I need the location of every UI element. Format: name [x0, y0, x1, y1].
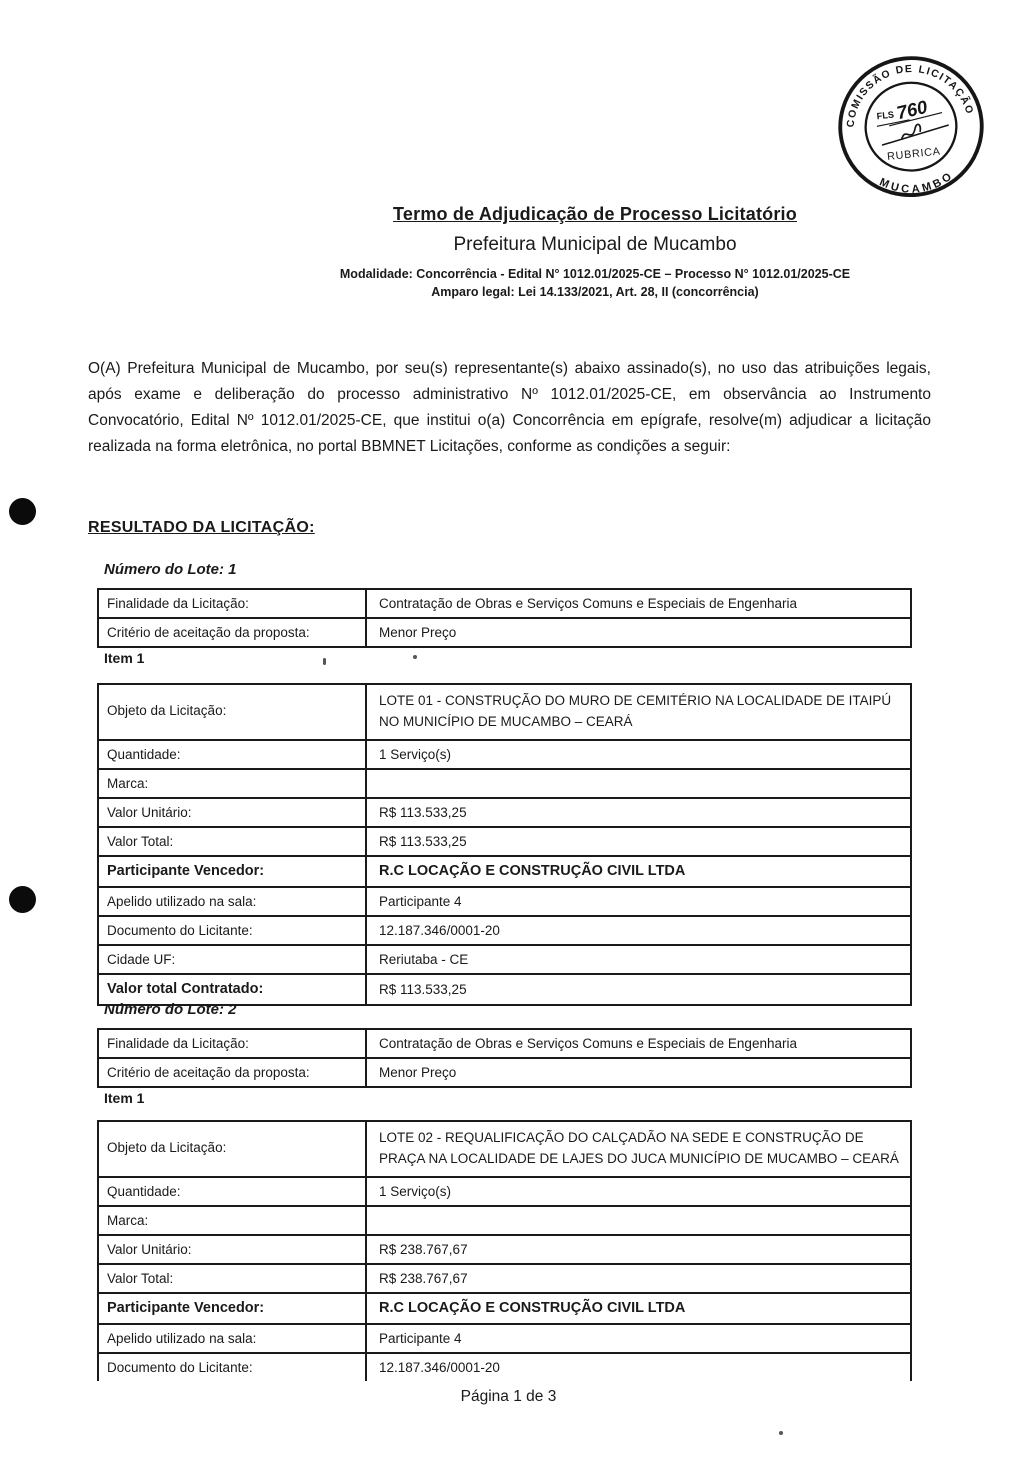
field-label: Apelido utilizado na sala: [98, 887, 366, 916]
table-row: Valor Total: R$ 238.767,67 [98, 1264, 911, 1293]
field-label: Critério de aceitação da proposta: [98, 618, 366, 647]
table-row: Valor Unitário: R$ 238.767,67 [98, 1235, 911, 1264]
field-value: R.C LOCAÇÃO E CONSTRUÇÃO CIVIL LTDA [366, 1293, 911, 1324]
table-row: Apelido utilizado na sala: Participante … [98, 887, 911, 916]
field-label: Marca: [98, 1206, 366, 1235]
field-label: Documento do Licitante: [98, 916, 366, 945]
field-label: Participante Vencedor: [98, 1293, 366, 1324]
field-label: Marca: [98, 769, 366, 798]
result-section-heading: RESULTADO DA LICITAÇÃO: [88, 519, 315, 537]
table-row: Documento do Licitante: 12.187.346/0001-… [98, 1353, 911, 1381]
document-header: Termo de Adjudicação de Processo Licitat… [170, 204, 1017, 299]
table-row: Objeto da Licitação: LOTE 02 - REQUALIFI… [98, 1121, 911, 1177]
field-value: R$ 113.533,25 [366, 798, 911, 827]
commission-stamp-icon: COMISSÃO DE LICITAÇÃO MUCAMBO FLS 760 RU… [834, 52, 988, 202]
stamp-signature [900, 124, 921, 140]
field-label: Quantidade: [98, 740, 366, 769]
field-value: R$ 113.533,25 [366, 974, 911, 1005]
field-label: Participante Vencedor: [98, 856, 366, 887]
svg-text:MUCAMBO: MUCAMBO [876, 169, 957, 200]
hole-punch-mark [9, 886, 36, 913]
field-value: 1 Serviço(s) [366, 740, 911, 769]
modalidade-line: Modalidade: Concorrência - Edital N° 101… [170, 267, 1017, 281]
lot-2-detail-table: Objeto da Licitação: LOTE 02 - REQUALIFI… [97, 1120, 912, 1381]
table-row: Apelido utilizado na sala: Participante … [98, 1324, 911, 1353]
field-value: Contratação de Obras e Serviços Comuns e… [366, 589, 911, 618]
table-row: Participante Vencedor: R.C LOCAÇÃO E CON… [98, 1293, 911, 1324]
field-value: Menor Preço [366, 618, 911, 647]
field-value: Menor Preço [366, 1058, 911, 1087]
table-row: Objeto da Licitação: LOTE 01 - CONSTRUÇÃ… [98, 684, 911, 740]
field-value: Participante 4 [366, 1324, 911, 1353]
table-row: Valor Unitário: R$ 113.533,25 [98, 798, 911, 827]
field-value [366, 1206, 911, 1235]
field-value: R.C LOCAÇÃO E CONSTRUÇÃO CIVIL LTDA [366, 856, 911, 887]
field-value: Participante 4 [366, 887, 911, 916]
field-label: Valor Total: [98, 827, 366, 856]
scan-speck [323, 658, 326, 665]
stamp-rubrica-label: RUBRICA [887, 145, 942, 163]
field-label: Cidade UF: [98, 945, 366, 974]
field-value: Contratação de Obras e Serviços Comuns e… [366, 1029, 911, 1058]
field-value: R$ 238.767,67 [366, 1235, 911, 1264]
field-value: LOTE 02 - REQUALIFICAÇÃO DO CALÇADÃO NA … [366, 1121, 911, 1177]
table-row: Valor Total: R$ 113.533,25 [98, 827, 911, 856]
field-label: Critério de aceitação da proposta: [98, 1058, 366, 1087]
lot-2-header-table: Finalidade da Licitação: Contratação de … [97, 1028, 912, 1088]
table-row: Finalidade da Licitação: Contratação de … [98, 1029, 911, 1058]
lot-1-header-table: Finalidade da Licitação: Contratação de … [97, 588, 912, 648]
field-label: Objeto da Licitação: [98, 684, 366, 740]
scanned-document-page: COMISSÃO DE LICITAÇÃO MUCAMBO FLS 760 RU… [0, 0, 1017, 1460]
table-row: Marca: [98, 769, 911, 798]
field-value: 12.187.346/0001-20 [366, 916, 911, 945]
lot-1-detail-table: Objeto da Licitação: LOTE 01 - CONSTRUÇÃ… [97, 683, 912, 1006]
field-value [366, 769, 911, 798]
table-row: Quantidade: 1 Serviço(s) [98, 740, 911, 769]
table-row: Cidade UF: Reriutaba - CE [98, 945, 911, 974]
field-value: R$ 238.767,67 [366, 1264, 911, 1293]
table-row: Marca: [98, 1206, 911, 1235]
scan-speck [413, 655, 417, 659]
table-row: Quantidade: 1 Serviço(s) [98, 1177, 911, 1206]
stamp-fls-label: FLS [876, 110, 894, 122]
field-value: 1 Serviço(s) [366, 1177, 911, 1206]
field-label: Finalidade da Licitação: [98, 589, 366, 618]
document-title: Termo de Adjudicação de Processo Licitat… [170, 204, 1017, 225]
lot-1-heading: Número do Lote: 1 [104, 561, 237, 578]
hole-punch-mark [9, 498, 36, 525]
table-row: Critério de aceitação da proposta: Menor… [98, 618, 911, 647]
field-value: Reriutaba - CE [366, 945, 911, 974]
intro-paragraph: O(A) Prefeitura Municipal de Mucambo, po… [88, 356, 931, 460]
field-label: Finalidade da Licitação: [98, 1029, 366, 1058]
scan-speck [779, 1431, 783, 1435]
entity-name: Prefeitura Municipal de Mucambo [170, 234, 1017, 256]
field-label: Valor Total: [98, 1264, 366, 1293]
amparo-line: Amparo legal: Lei 14.133/2021, Art. 28, … [170, 285, 1017, 299]
page-number: Página 1 de 3 [0, 1388, 1017, 1406]
lot-2-item-heading: Item 1 [104, 1090, 144, 1106]
field-label: Quantidade: [98, 1177, 366, 1206]
table-row: Participante Vencedor: R.C LOCAÇÃO E CON… [98, 856, 911, 887]
field-value: R$ 113.533,25 [366, 827, 911, 856]
table-row: Critério de aceitação da proposta: Menor… [98, 1058, 911, 1087]
stamp-handwritten-number: 760 [895, 96, 930, 124]
field-label: Valor Unitário: [98, 798, 366, 827]
field-label: Objeto da Licitação: [98, 1121, 366, 1177]
field-label: Apelido utilizado na sala: [98, 1324, 366, 1353]
table-row: Documento do Licitante: 12.187.346/0001-… [98, 916, 911, 945]
field-value: LOTE 01 - CONSTRUÇÃO DO MURO DE CEMITÉRI… [366, 684, 911, 740]
field-label: Documento do Licitante: [98, 1353, 366, 1381]
field-label: Valor Unitário: [98, 1235, 366, 1264]
lot-2-heading: Número do Lote: 2 [104, 1001, 237, 1018]
field-value: 12.187.346/0001-20 [366, 1353, 911, 1381]
lot-1-item-heading: Item 1 [104, 650, 144, 666]
stamp-bottom-text: MUCAMBO [876, 169, 957, 200]
table-row: Finalidade da Licitação: Contratação de … [98, 589, 911, 618]
